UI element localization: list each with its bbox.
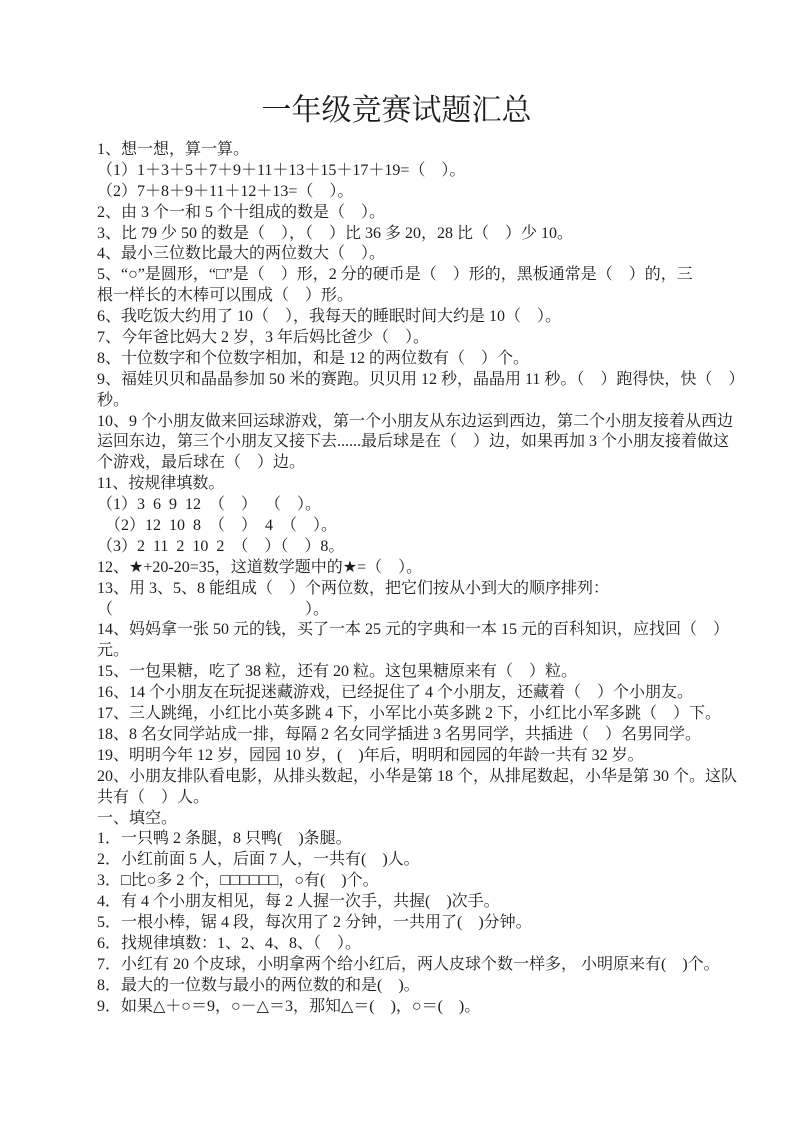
- question-20-line-2: 共有（ ）人。: [97, 788, 701, 809]
- question-17: 17、三人跳绳，小红比小英多跳 4 下，小军比小英多跳 2 下，小红比小军多跳（…: [97, 704, 701, 725]
- document-body: 1、想一想，算一算。 （1）1＋3＋5＋7＋9＋11＋13＋15＋17＋19=（…: [97, 140, 701, 1017]
- question-13-line-2: （ ）。: [97, 600, 701, 621]
- question-9-line-2: 秒。: [97, 391, 701, 412]
- question-13-line-1: 13、用 3、5、8 能组成（ ）个两位数，把它们按从小到大的顺序排列：: [97, 579, 701, 600]
- question-5-line-2: 根一样长的木棒可以围成（ ）形。: [97, 286, 701, 307]
- question-11-sub-3: （3）2 11 2 10 2 （ ）（ ）8。: [97, 537, 701, 558]
- question-10-line-1: 10、9 个小朋友做来回运球游戏，第一个小朋友从东边运到西边，第二个小朋友接着从…: [97, 412, 701, 433]
- fill-question-3: 3．□比○多 2 个，□□□□□□，○有( )个。: [97, 871, 701, 892]
- question-5-line-1: 5、“○”是圆形，“□”是（ ）形，2 分的硬币是（ ）形的，黑板通常是（ ）的…: [97, 265, 701, 286]
- question-10-line-3: 个游戏，最后球在（ ）边。: [97, 453, 701, 474]
- question-11-line-1: 11、按规律填数。: [97, 474, 701, 495]
- question-14-line-1: 14、妈妈拿一张 50 元的钱，买了一本 25 元的字典和一本 15 元的百科知…: [97, 620, 701, 641]
- question-18: 18、8 名女同学站成一排，每隔 2 名女同学插进 3 名男同学，共插进（ ）名…: [97, 725, 701, 746]
- fill-question-5: 5．一根小棒，锯 4 段，每次用了 2 分钟，一共用了( )分钟。: [97, 913, 701, 934]
- fill-question-8: 8．最大的一位数与最小的两位数的和是( )。: [97, 976, 701, 997]
- question-14-line-2: 元。: [97, 641, 701, 662]
- section-heading-fill-in: 一、填空。: [97, 809, 701, 830]
- fill-question-6: 6．找规律填数：1、2、4、8、（ ）。: [97, 934, 701, 955]
- question-20-line-1: 20、小朋友排队看电影，从排头数起，小华是第 18 个，从排尾数起，小华是第 3…: [97, 767, 701, 788]
- fill-question-9: 9．如果△＋○＝9，○－△＝3，那知△＝( )，○＝( )。: [97, 997, 701, 1018]
- document-title: 一年级竞赛试题汇总: [0, 93, 793, 129]
- question-2: 2、由 3 个一和 5 个十组成的数是（ ）。: [97, 203, 701, 224]
- question-10-line-2: 运回东边，第三个小朋友又接下去......最后球是在（ ）边，如果再加 3 个小…: [97, 432, 701, 453]
- fill-question-4: 4．有 4 个小朋友相见，每 2 人握一次手，共握( )次手。: [97, 892, 701, 913]
- question-9-line-1: 9、福娃贝贝和晶晶参加 50 米的赛跑。贝贝用 12 秒，晶晶用 11 秒。（ …: [97, 370, 701, 391]
- question-11-sub-1: （1）3 6 9 12 （ ） （ ）。: [97, 495, 701, 516]
- fill-question-7: 7．小红有 20 个皮球，小明拿两个给小红后，两人皮球个数一样多， 小明原来有(…: [97, 955, 701, 976]
- question-12: 12、★+20-20=35，这道数学题中的★=（ ）。: [97, 558, 701, 579]
- question-16: 16、14 个小朋友在玩捉迷藏游戏，已经捉住了 4 个小朋友，还藏着（ ）个小朋…: [97, 683, 701, 704]
- question-15: 15、一包果糖，吃了 38 粒，还有 20 粒。这包果糖原来有（ ）粒。: [97, 662, 701, 683]
- document-page: 一年级竞赛试题汇总 1、想一想，算一算。 （1）1＋3＋5＋7＋9＋11＋13＋…: [0, 0, 793, 1122]
- question-6: 6、我吃饭大约用了 10（ ），我每天的睡眠时间大约是 10（ ）。: [97, 307, 701, 328]
- question-1-sub-1: （1）1＋3＋5＋7＋9＋11＋13＋15＋17＋19=（ ）。: [97, 161, 701, 182]
- question-3: 3、比 79 少 50 的数是（ ），（ ）比 36 多 20，28 比（ ）少…: [97, 224, 701, 245]
- question-11-sub-2: （2）12 10 8 （ ） 4 （ ）。: [97, 516, 701, 537]
- fill-question-1: 1．一只鸭 2 条腿，8 只鸭( )条腿。: [97, 829, 701, 850]
- question-7: 7、今年爸比妈大 2 岁，3 年后妈比爸少（ ）。: [97, 328, 701, 349]
- question-4: 4、最小三位数比最大的两位数大（ ）。: [97, 244, 701, 265]
- fill-question-2: 2．小红前面 5 人，后面 7 人，一共有( )人。: [97, 850, 701, 871]
- question-8: 8、十位数字和个位数字相加，和是 12 的两位数有（ ）个。: [97, 349, 701, 370]
- question-1-sub-2: （2）7＋8＋9＋11＋12＋13=（ ）。: [97, 182, 701, 203]
- question-1-line-1: 1、想一想，算一算。: [97, 140, 701, 161]
- question-19: 19、明明今年 12 岁，园园 10 岁，( )年后，明明和园园的年龄一共有 3…: [97, 746, 701, 767]
